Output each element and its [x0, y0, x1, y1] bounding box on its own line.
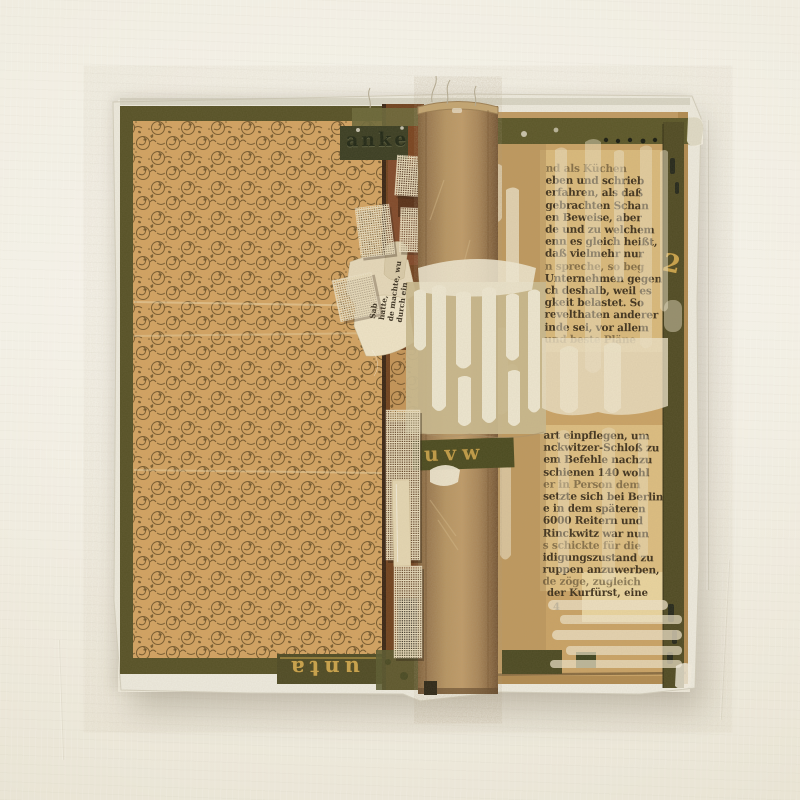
scroll-bottom-notch	[424, 681, 437, 695]
artwork-base-layer	[0, 0, 800, 800]
olive-tape-right	[663, 122, 684, 688]
left-panel	[120, 106, 389, 684]
small-olive-square	[576, 652, 596, 668]
bottom-olive-strip	[502, 650, 562, 674]
cream-tape-strip	[392, 480, 410, 566]
floral-endpaper	[133, 121, 386, 658]
spine-groove	[382, 104, 386, 690]
scroll-gold-band	[412, 437, 515, 471]
photograph: nd als Küchen eben und schrieb erfahren,…	[0, 0, 800, 800]
top-edge-shadow	[120, 98, 690, 105]
